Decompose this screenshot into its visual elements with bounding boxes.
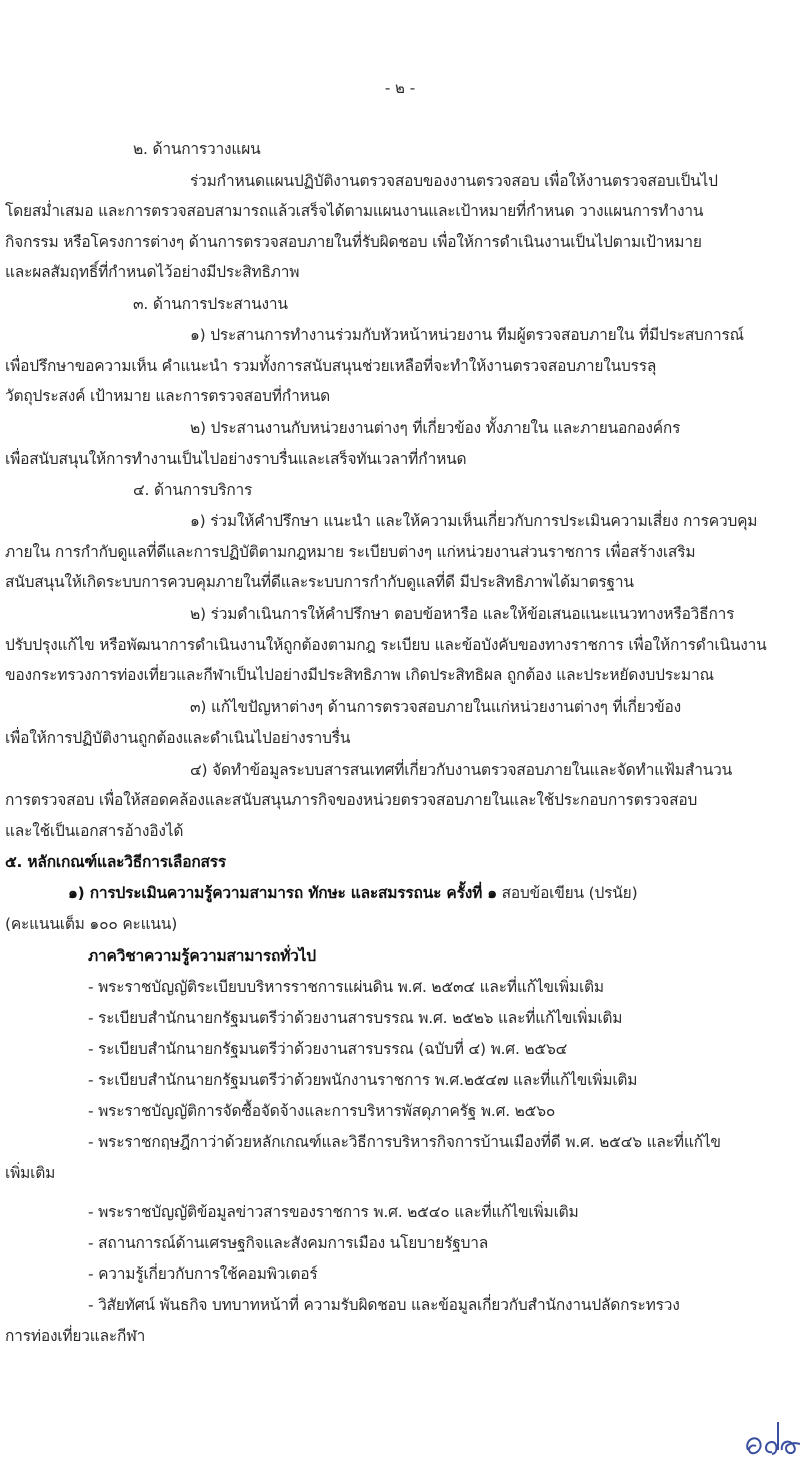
bullet-item: - พระราชบัญญัติข้อมูลข่าวสารของราชการ พ.… xyxy=(88,1202,579,1222)
bullet-item: - วิสัยทัศน์ พันธกิจ บทบาทหน้าที่ ความรั… xyxy=(88,1295,680,1315)
section-4-item-2: ของกระทรวงการท่องเที่ยวและกีฬาเป็นไปอย่า… xyxy=(5,665,714,685)
bullet-item: - ความรู้เกี่ยวกับการใช้คอมพิวเตอร์ xyxy=(88,1264,317,1284)
section-3-item-2: ๒) ประสานงานกับหน่วยงานต่างๆ ที่เกี่ยวข้… xyxy=(190,418,680,438)
bullet-item: - พระราชบัญญัติการจัดซื้อจัดจ้างและการบร… xyxy=(88,1101,555,1121)
section-3-item-2: เพื่อสนับสนุนให้การทำงานเป็นไปอย่างราบรื… xyxy=(5,449,466,469)
section-4-heading: ๔. ด้านการบริการ xyxy=(133,480,252,500)
bullet-item-continuation: การท่องเที่ยวและกีฬา xyxy=(5,1326,145,1346)
bullet-item: - ระเบียบสำนักนายกรัฐมนตรีว่าด้วยงานสารบ… xyxy=(88,1039,567,1059)
bullet-item: - พระราชบัญญัติระเบียบบริหารราชการแผ่นดิ… xyxy=(88,977,604,997)
section-5-item-1-title: ๑) การประเมินความรู้ความสามารถ ทักษะ และ… xyxy=(68,884,497,902)
document-page: - ๒ - ๒. ด้านการวางแผน ร่วมกำหนดแผนปฏิบั… xyxy=(0,0,800,1469)
section-3-item-1: เพื่อปรึกษาขอความเห็น คำแนะนำ รวมทั้งการ… xyxy=(5,356,656,376)
section-5-item-1-score: (คะแนนเต็ม ๑๐๐ คะแนน) xyxy=(5,914,177,934)
section-4-item-1: ๑) ร่วมให้คำปรึกษา แนะนำ และให้ความเห็นเ… xyxy=(190,511,757,531)
bullet-item: - ระเบียบสำนักนายกรัฐมนตรีว่าด้วยพนักงาน… xyxy=(88,1070,637,1090)
section-2-line: ร่วมกำหนดแผนปฏิบัติงานตรวจสอบของงานตรวจส… xyxy=(190,171,718,191)
section-4-item-2: ปรับปรุงแก้ไข หรือพัฒนาการดำเนินงานให้ถู… xyxy=(5,635,767,655)
bullet-item: - พระราชกฤษฎีกาว่าด้วยหลักเกณฑ์และวิธีกา… xyxy=(88,1132,721,1152)
bullet-item: - สถานการณ์ด้านเศรษฐกิจและสังคมการเมือง … xyxy=(88,1233,488,1253)
section-2-heading: ๒. ด้านการวางแผน xyxy=(133,139,261,159)
subject-heading: ภาควิชาความรู้ความสามารถทั่วไป xyxy=(88,946,316,966)
section-3-heading: ๓. ด้านการประสานงาน xyxy=(133,294,288,314)
section-5-item-1: ๑) การประเมินความรู้ความสามารถ ทักษะ และ… xyxy=(68,883,637,903)
section-4-item-2: ๒) ร่วมดำเนินการให้คำปรึกษา ตอบข้อหารือ … xyxy=(190,604,734,624)
bullet-item: - ระเบียบสำนักนายกรัฐมนตรีว่าด้วยงานสารบ… xyxy=(88,1008,622,1028)
section-2-line: กิจกรรม หรือโครงการต่างๆ ด้านการตรวจสอบภ… xyxy=(5,232,702,252)
section-5-item-1-method: สอบข้อเขียน (ปรนัย) xyxy=(497,884,637,902)
section-4-item-4: และใช้เป็นเอกสารอ้างอิงได้ xyxy=(5,821,183,841)
section-4-item-4: การตรวจสอบ เพื่อให้สอดคล้องและสนับสนุนภา… xyxy=(5,790,697,810)
section-4-item-1: สนับสนุนให้เกิดระบบการควบคุมภายในที่ดีแล… xyxy=(5,572,634,592)
section-4-item-1: ภายใน การกำกับดูแลที่ดีและการปฏิบัติตามก… xyxy=(5,542,695,562)
section-3-item-1: วัตถุประสงค์ เป้าหมาย และการตรวจสอบที่กำ… xyxy=(5,386,330,406)
section-2-line: โดยสม่ำเสมอ และการตรวจสอบสามารถแล้วเสร็จ… xyxy=(5,201,703,221)
section-5-heading: ๕. หลักเกณฑ์และวิธีการเลือกสรร xyxy=(5,852,226,872)
bullet-item-continuation: เพิ่มเติม xyxy=(5,1163,55,1183)
handwritten-signature-icon xyxy=(742,1420,800,1462)
section-4-item-4: ๔) จัดทำข้อมูลระบบสารสนเทศที่เกี่ยวกับงา… xyxy=(190,760,732,780)
page-number: - ๒ - xyxy=(0,76,800,100)
section-4-item-3: เพื่อให้การปฏิบัติงานถูกต้องและดำเนินไปอ… xyxy=(5,728,350,748)
section-3-item-1: ๑) ประสานการทำงานร่วมกับหัวหน้าหน่วยงาน … xyxy=(190,325,744,345)
section-2-line: และผลสัมฤทธิ์ที่กำหนดไว้อย่างมีประสิทธิภ… xyxy=(5,262,299,282)
section-4-item-3: ๓) แก้ไขปัญหาต่างๆ ด้านการตรวจสอบภายในแก… xyxy=(190,697,681,717)
